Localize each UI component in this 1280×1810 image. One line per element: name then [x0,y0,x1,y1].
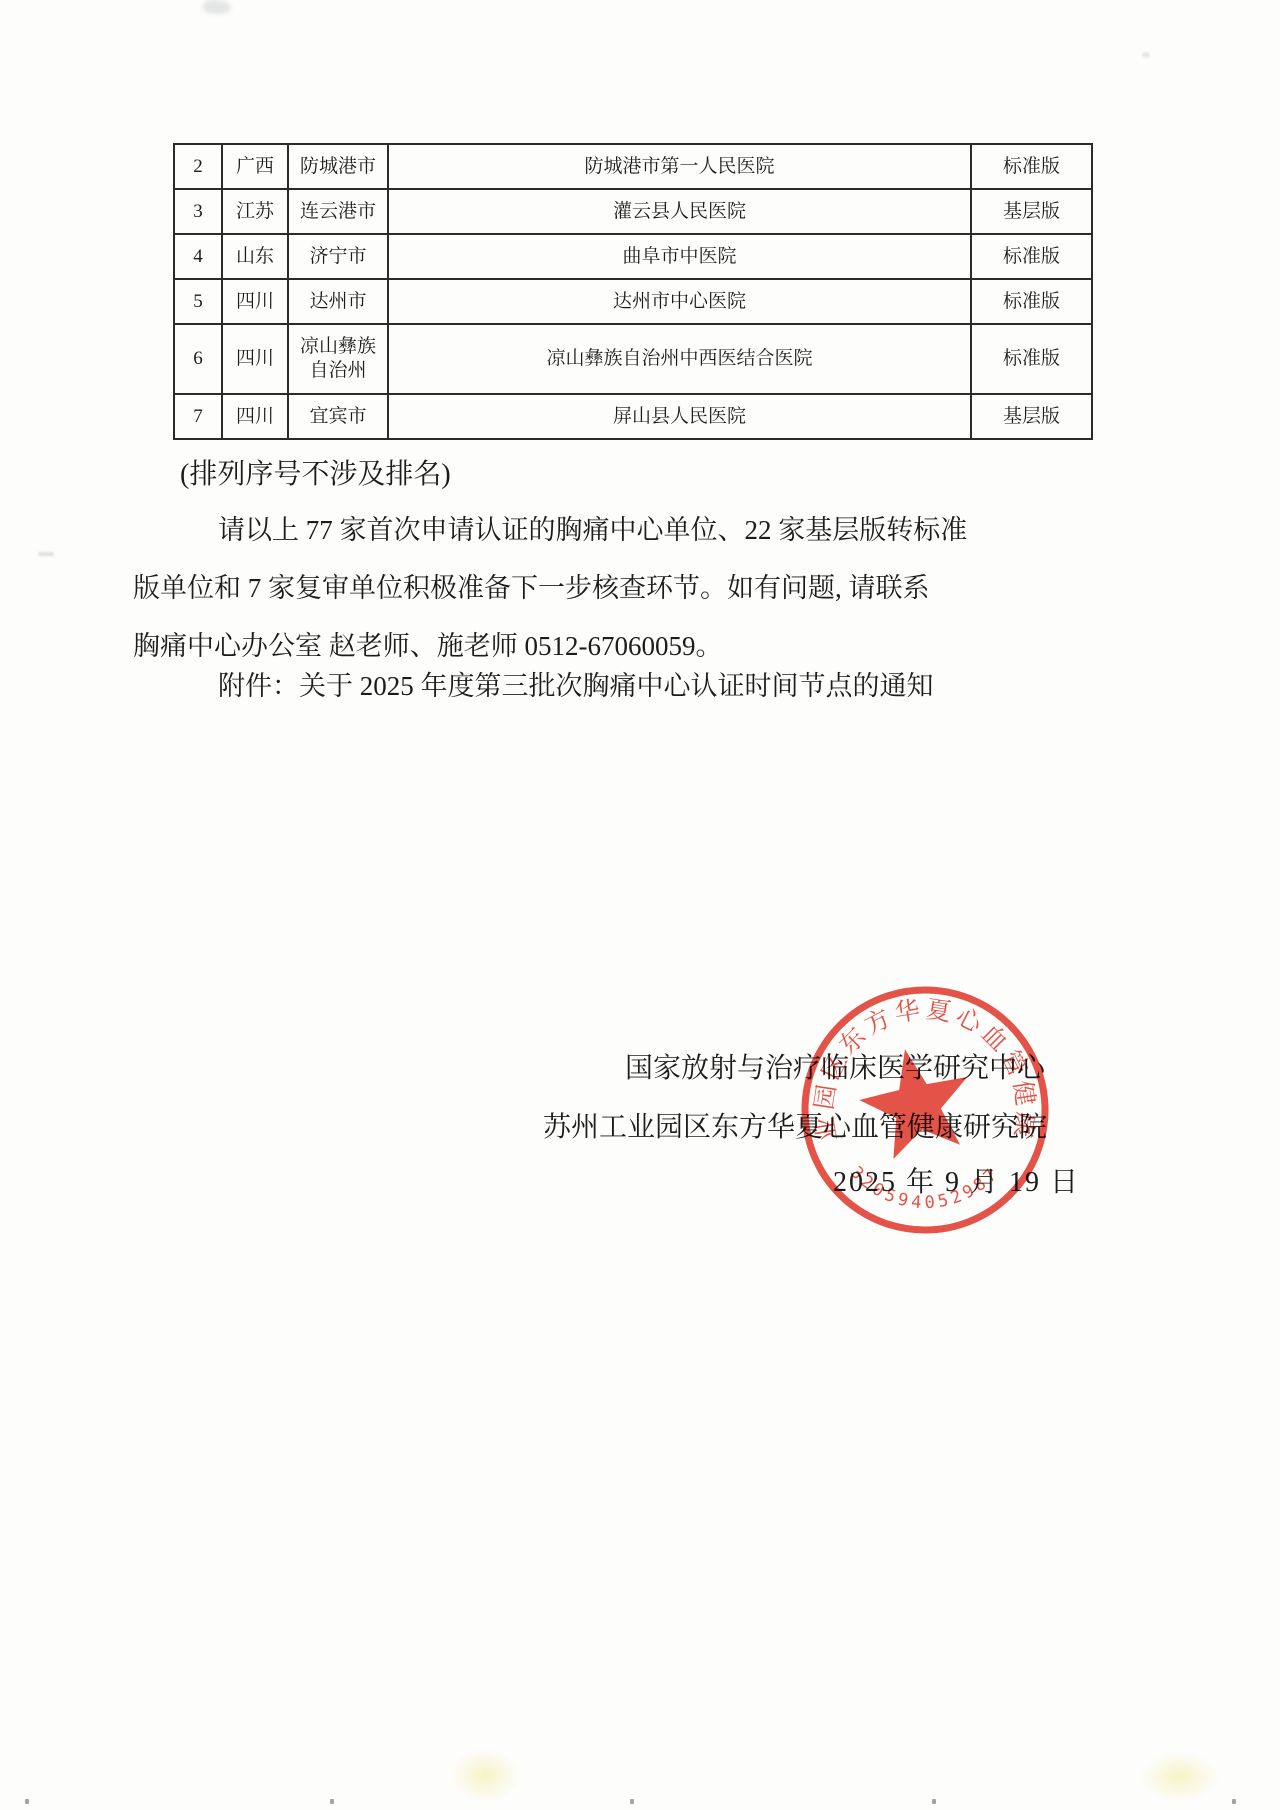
cell-city: 达州市 [288,279,388,324]
hospital-table: 2 广西 防城港市 防城港市第一人民医院 标准版 3 江苏 连云港市 灌云县人民… [173,143,1093,440]
cell-version: 标准版 [971,234,1092,279]
scan-dot [1232,1799,1236,1804]
cell-seq: 3 [174,189,222,234]
cell-province: 四川 [222,394,288,439]
cell-city: 宜宾市 [288,394,388,439]
scan-dot [932,1799,936,1804]
cell-city: 防城港市 [288,144,388,189]
official-seal: 苏州工业园区东方华夏心血管健康研究院 320594052987 [785,970,1065,1250]
cell-version: 标准版 [971,279,1092,324]
scan-dot [630,1799,634,1804]
cell-seq: 7 [174,394,222,439]
document-page: 2 广西 防城港市 防城港市第一人民医院 标准版 3 江苏 连云港市 灌云县人民… [0,0,1280,1810]
scan-artifact [1142,52,1150,58]
cell-hospital: 凉山彝族自治州中西医结合医院 [388,324,971,394]
table-row: 7 四川 宜宾市 屏山县人民医院 基层版 [174,394,1092,439]
table-row: 3 江苏 连云港市 灌云县人民医院 基层版 [174,189,1092,234]
scan-dot [330,1799,334,1804]
cell-seq: 4 [174,234,222,279]
ranking-note: (排列序号不涉及排名) [180,452,451,492]
cell-city: 连云港市 [288,189,388,234]
table-row: 5 四川 达州市 达州市中心医院 标准版 [174,279,1092,324]
table-row: 4 山东 济宁市 曲阜市中医院 标准版 [174,234,1092,279]
cell-province: 广西 [222,144,288,189]
cell-version: 基层版 [971,394,1092,439]
cell-version: 基层版 [971,189,1092,234]
cell-hospital: 曲阜市中医院 [388,234,971,279]
attachment-line: 附件：关于 2025 年度第三批次胸痛中心认证时间节点的通知 [218,664,934,703]
table-row: 6 四川 凉山彝族自治州 凉山彝族自治州中西医结合医院 标准版 [174,324,1092,394]
seal-serial-number: 320594052987 [846,1163,1004,1214]
seal-star-icon [851,1038,981,1164]
cell-version: 标准版 [971,144,1092,189]
cell-hospital: 防城港市第一人民医院 [388,144,971,189]
cell-hospital: 灌云县人民医院 [388,189,971,234]
cell-version: 标准版 [971,324,1092,394]
cell-city: 济宁市 [288,234,388,279]
cell-seq: 2 [174,144,222,189]
cell-seq: 5 [174,279,222,324]
cell-hospital: 屏山县人民医院 [388,394,971,439]
cell-city: 凉山彝族自治州 [288,324,388,394]
cell-hospital: 达州市中心医院 [388,279,971,324]
cell-province: 江苏 [222,189,288,234]
cell-province: 山东 [222,234,288,279]
scan-dot [25,1799,29,1804]
cell-province: 四川 [222,279,288,324]
table-row: 2 广西 防城港市 防城港市第一人民医院 标准版 [174,144,1092,189]
body-paragraph-line-3: 胸痛中心办公室 赵老师、施老师 0512-67060059。 [133,624,723,663]
cell-seq: 6 [174,324,222,394]
scan-artifact [38,552,54,556]
scan-stain [1140,1752,1220,1802]
scan-stain [450,1748,520,1803]
body-paragraph-line-2: 版单位和 7 家复审单位积极准备下一步核查环节。如有问题, 请联系 [133,566,930,605]
cell-province: 四川 [222,324,288,394]
scan-artifact [203,0,231,14]
body-paragraph-line-1: 请以上 77 家首次申请认证的胸痛中心单位、22 家基层版转标准 [218,508,967,547]
